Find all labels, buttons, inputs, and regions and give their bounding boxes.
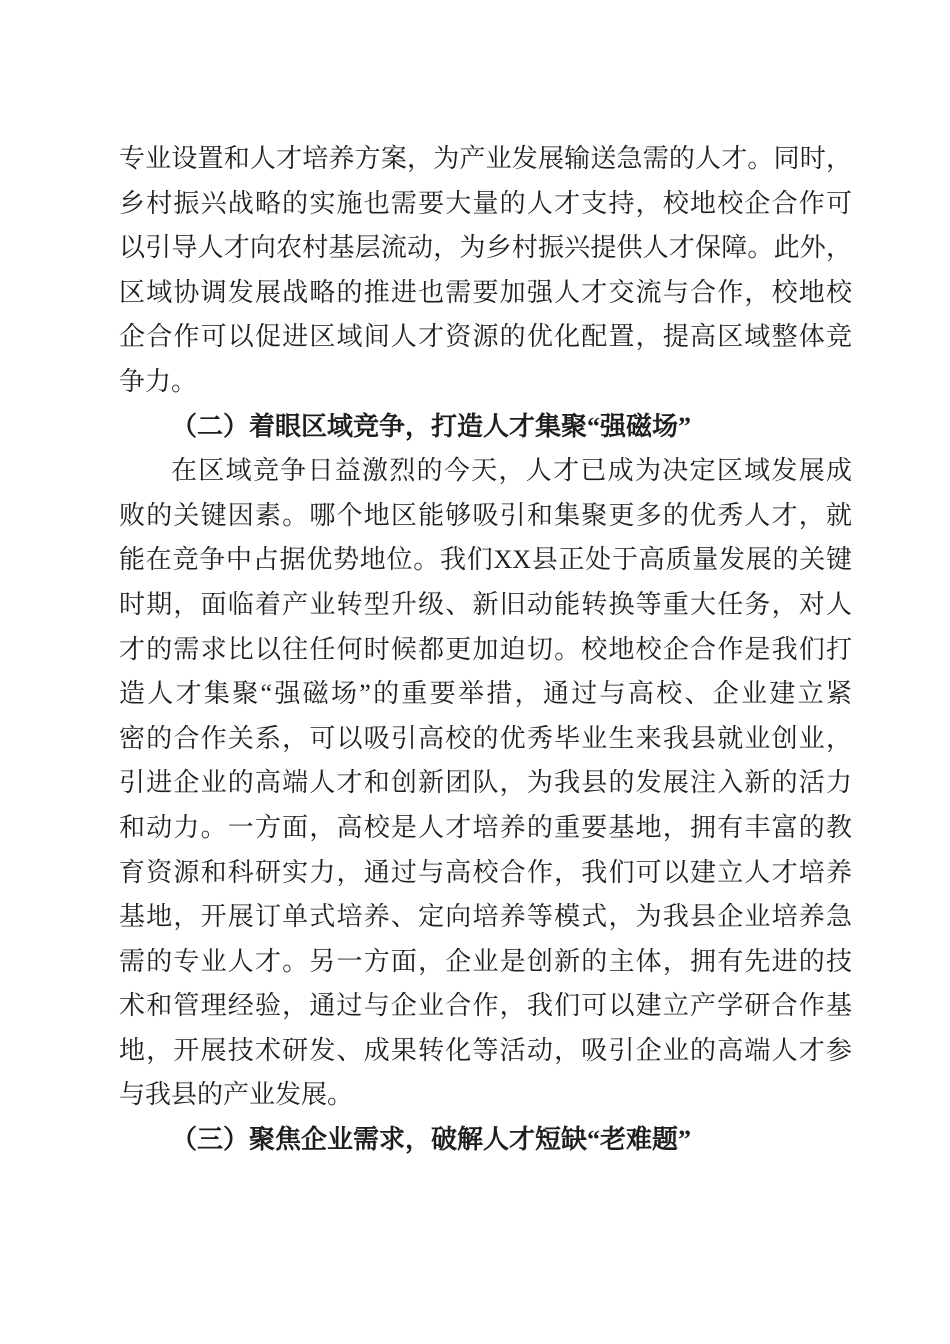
- document-body: 专业设置和人才培养方案，为产业发展输送急需的人才。同时，乡村振兴战略的实施也需要…: [119, 137, 852, 1163]
- document-page: 专业设置和人才培养方案，为产业发展输送急需的人才。同时，乡村振兴战略的实施也需要…: [0, 0, 950, 1344]
- text-line: 区域协调发展战略的推进也需要加强人才交流与合作，校地校: [119, 271, 852, 316]
- text-line: 造人才集聚“强磁场”的重要举措，通过与高校、企业建立紧: [119, 672, 852, 717]
- text-line: 术和管理经验，通过与企业合作，我们可以建立产学研合作基: [119, 984, 852, 1029]
- text-line: 在区域竞争日益激烈的今天，人才已成为决定区域发展成: [119, 449, 852, 494]
- section-heading: （三）聚焦企业需求，破解人才短缺“老难题”: [119, 1118, 852, 1163]
- text-line: 引进企业的高端人才和创新团队，为我县的发展注入新的活力: [119, 761, 852, 806]
- text-line: 基地，开展订单式培养、定向培养等模式，为我县企业培养急: [119, 895, 852, 940]
- text-line: 以引导人才向农村基层流动，为乡村振兴提供人才保障。此外，: [119, 226, 852, 271]
- text-line: 和动力。一方面，高校是人才培养的重要基地，拥有丰富的教: [119, 806, 852, 851]
- text-line: 专业设置和人才培养方案，为产业发展输送急需的人才。同时，: [119, 137, 852, 182]
- text-line: 才的需求比以往任何时候都更加迫切。校地校企合作是我们打: [119, 628, 852, 673]
- section-heading: （二）着眼区域竞争，打造人才集聚“强磁场”: [119, 405, 852, 450]
- text-line: 争力。: [119, 360, 852, 405]
- text-line: 育资源和科研实力，通过与高校合作，我们可以建立人才培养: [119, 851, 852, 896]
- text-line: 与我县的产业发展。: [119, 1073, 852, 1118]
- text-line: 地，开展技术研发、成果转化等活动，吸引企业的高端人才参: [119, 1029, 852, 1074]
- text-line: 时期，面临着产业转型升级、新旧动能转换等重大任务，对人: [119, 583, 852, 628]
- text-line: 能在竞争中占据优势地位。我们XX县正处于高质量发展的关键: [119, 538, 852, 583]
- text-line: 乡村振兴战略的实施也需要大量的人才支持，校地校企合作可: [119, 182, 852, 227]
- text-line: 败的关键因素。哪个地区能够吸引和集聚更多的优秀人才，就: [119, 494, 852, 539]
- text-line: 密的合作关系，可以吸引高校的优秀毕业生来我县就业创业，: [119, 717, 852, 762]
- text-line: 企合作可以促进区域间人才资源的优化配置，提高区域整体竞: [119, 315, 852, 360]
- text-line: 需的专业人才。另一方面，企业是创新的主体，拥有先进的技: [119, 940, 852, 985]
